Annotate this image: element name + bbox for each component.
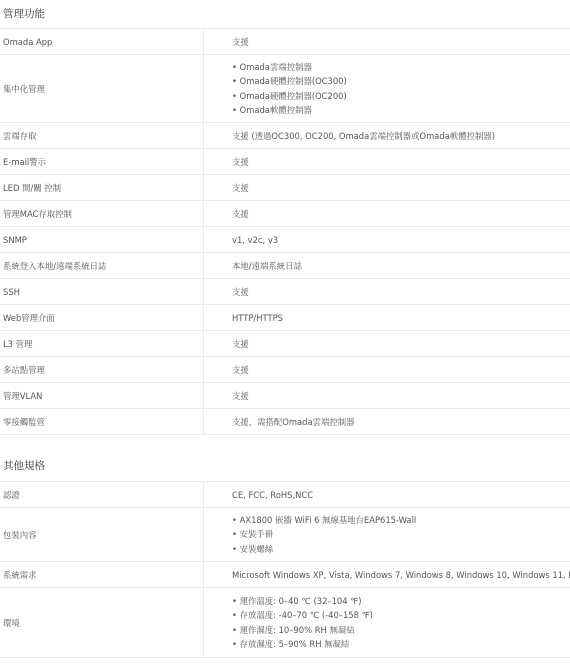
value-list: 運作溫度: 0–40 ℃ (32–104 ℉) 存放溫度: -40–70 ℃ (…	[232, 594, 570, 652]
row-label: 雲端存取	[0, 123, 204, 149]
list-item: 安裝螺絲	[232, 542, 570, 557]
row-value: 本地/遠端系統日誌	[204, 253, 570, 279]
row-value: 支援	[204, 279, 570, 305]
other-spec-table: 認證 CE, FCC, RoHS,NCC 包裝內容 AX1800 嵌牆 WiFi…	[0, 481, 570, 658]
row-label: Web管理介面	[0, 305, 204, 331]
list-item: 運作溫度: 0–40 ℃ (32–104 ℉)	[232, 594, 570, 609]
list-item: 存放溫度: -40–70 ℃ (-40–158 ℉)	[232, 608, 570, 623]
table-row: 包裝內容 AX1800 嵌牆 WiFi 6 無線基地台EAP615-Wall 安…	[0, 508, 570, 562]
table-row: E-mail警示 支援	[0, 149, 570, 175]
row-label: 集中化管理	[0, 55, 204, 123]
row-label: L3 管理	[0, 331, 204, 357]
row-value: AX1800 嵌牆 WiFi 6 無線基地台EAP615-Wall 安裝手冊 安…	[204, 508, 570, 562]
list-item: Omada硬體控制器(OC300)	[232, 74, 570, 89]
table-row: 環境 運作溫度: 0–40 ℃ (32–104 ℉) 存放溫度: -40–70 …	[0, 588, 570, 658]
list-item: 存放濕度: 5–90% RH 無凝結	[232, 637, 570, 652]
table-row: Omada App 支援	[0, 29, 570, 55]
row-label: 系統需求	[0, 562, 204, 588]
row-label: 零接觸監管	[0, 409, 204, 435]
table-row: 集中化管理 Omada雲端控制器 Omada硬體控制器(OC300) Omada…	[0, 55, 570, 123]
table-row: 管理MAC存取控制 支援	[0, 201, 570, 227]
table-row: 多站點管理 支援	[0, 357, 570, 383]
row-value: 支援	[204, 331, 570, 357]
row-label: SSH	[0, 279, 204, 305]
list-item: Omada雲端控制器	[232, 60, 570, 75]
list-item: 安裝手冊	[232, 527, 570, 542]
row-value: 支援，需搭配Omada雲端控制器	[204, 409, 570, 435]
row-label: 環境	[0, 588, 204, 658]
row-value: 支援	[204, 149, 570, 175]
section-title-management: 管理功能	[0, 0, 570, 28]
row-value: HTTP/HTTPS	[204, 305, 570, 331]
table-row: LED 開/關 控制 支援	[0, 175, 570, 201]
value-list: AX1800 嵌牆 WiFi 6 無線基地台EAP615-Wall 安裝手冊 安…	[232, 513, 570, 557]
row-value: Omada雲端控制器 Omada硬體控制器(OC300) Omada硬體控制器(…	[204, 55, 570, 123]
row-label: E-mail警示	[0, 149, 204, 175]
row-value: 支援 (透過OC300, OC200, Omada雲端控制器或Omada軟體控制…	[204, 123, 570, 149]
row-value: 支援	[204, 201, 570, 227]
section-title-other-specs: 其他規格	[0, 451, 570, 481]
row-label: 管理VLAN	[0, 383, 204, 409]
table-row: 認證 CE, FCC, RoHS,NCC	[0, 482, 570, 508]
row-label: Omada App	[0, 29, 204, 55]
table-row: 系統登入本地/遠端系統日誌 本地/遠端系統日誌	[0, 253, 570, 279]
management-spec-table: Omada App 支援 集中化管理 Omada雲端控制器 Omada硬體控制器…	[0, 28, 570, 435]
table-row: L3 管理 支援	[0, 331, 570, 357]
row-value: 運作溫度: 0–40 ℃ (32–104 ℉) 存放溫度: -40–70 ℃ (…	[204, 588, 570, 658]
table-row: 系統需求 Microsoft Windows XP, Vista, Window…	[0, 562, 570, 588]
table-row: SNMP v1, v2c, v3	[0, 227, 570, 253]
row-label: 多站點管理	[0, 357, 204, 383]
row-label: 管理MAC存取控制	[0, 201, 204, 227]
list-item: Omada軟體控制器	[232, 103, 570, 118]
table-row: SSH 支援	[0, 279, 570, 305]
row-value: CE, FCC, RoHS,NCC	[204, 482, 570, 508]
row-label: 包裝內容	[0, 508, 204, 562]
row-value: 支援	[204, 383, 570, 409]
spec-page: 管理功能 Omada App 支援 集中化管理 Omada雲端控制器 Omada…	[0, 0, 570, 658]
list-item: 運作濕度: 10–90% RH 無凝結	[232, 623, 570, 638]
table-row: 雲端存取 支援 (透過OC300, OC200, Omada雲端控制器或Omad…	[0, 123, 570, 149]
value-list: Omada雲端控制器 Omada硬體控制器(OC300) Omada硬體控制器(…	[232, 60, 570, 118]
row-label: SNMP	[0, 227, 204, 253]
row-value: Microsoft Windows XP, Vista, Windows 7, …	[204, 562, 570, 588]
row-value: v1, v2c, v3	[204, 227, 570, 253]
table-row: 零接觸監管 支援，需搭配Omada雲端控制器	[0, 409, 570, 435]
table-row: Web管理介面 HTTP/HTTPS	[0, 305, 570, 331]
row-value: 支援	[204, 29, 570, 55]
list-item: AX1800 嵌牆 WiFi 6 無線基地台EAP615-Wall	[232, 513, 570, 528]
list-item: Omada硬體控制器(OC200)	[232, 89, 570, 104]
row-label: LED 開/關 控制	[0, 175, 204, 201]
row-label: 系統登入本地/遠端系統日誌	[0, 253, 204, 279]
row-value: 支援	[204, 175, 570, 201]
table-row: 管理VLAN 支援	[0, 383, 570, 409]
row-label: 認證	[0, 482, 204, 508]
row-value: 支援	[204, 357, 570, 383]
